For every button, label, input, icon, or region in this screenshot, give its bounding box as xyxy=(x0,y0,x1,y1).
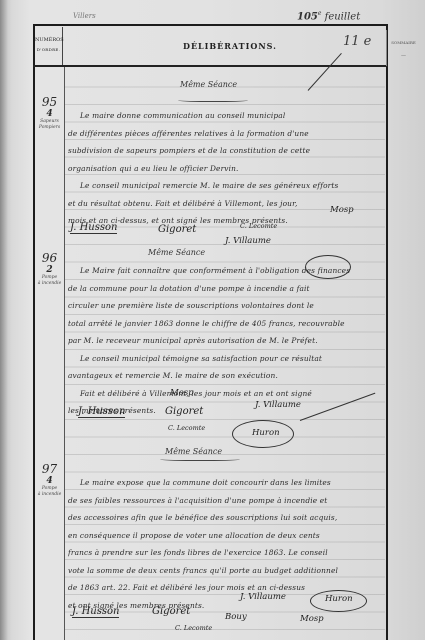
entry-line: Le conseil municipal témoigne sa satisfa… xyxy=(68,350,384,368)
entry-line: de la commune pour la dotation d'une pom… xyxy=(68,280,384,298)
entry-margin-96: 96 2 Pompe à incendie xyxy=(36,252,63,287)
page-title: DÉLIBÉRATIONS. xyxy=(183,41,277,51)
right-rule xyxy=(386,24,388,640)
entry-line: Le Maire fait connaître que conformément… xyxy=(68,262,384,280)
entry-number: 95 xyxy=(36,96,63,109)
signature: Mosp xyxy=(170,388,194,398)
session-heading: Même Séance xyxy=(180,80,237,89)
session-flourish xyxy=(178,98,248,102)
entry-line: de ses faibles ressources à l'acquisitio… xyxy=(68,492,384,510)
entry-line: subdivision de sapeurs pompiers et de la… xyxy=(68,142,384,160)
entry-sub-number: 4 xyxy=(36,109,63,119)
register-page: Villers 105e feuillet NUMÉROS D'ORDRE. D… xyxy=(0,0,425,640)
entry-margin-95: 95 4 Sapeurs Pompiers xyxy=(36,96,63,131)
binding-shadow xyxy=(0,0,8,640)
entry-line: en conséquence il propose de voter une a… xyxy=(68,527,384,545)
entry-margin-note: à incendie xyxy=(36,492,63,498)
summary-label: SOMMAIRE xyxy=(391,40,416,45)
signature: C. Lecomte xyxy=(175,624,212,632)
session-flourish xyxy=(160,457,240,461)
numbers-column-header: NUMÉROS D'ORDRE. xyxy=(35,27,63,65)
signature: Huron xyxy=(252,428,280,438)
summary-column-header: SOMMAIRE — xyxy=(386,30,420,66)
signature: Bouy xyxy=(225,612,247,622)
left-rule xyxy=(33,24,35,640)
entry-margin-97: 97 4 Pompe à incendie xyxy=(36,463,63,498)
signature: J. Husson xyxy=(78,406,125,418)
entry-line: francs à prendre sur les fonds libres de… xyxy=(68,544,384,562)
folio-suffix: e xyxy=(318,10,322,17)
signature: J. Husson xyxy=(72,606,119,618)
entry-margin-note: Pompiers xyxy=(36,125,63,131)
entry-number: 96 xyxy=(36,252,63,265)
summary-dash: — xyxy=(387,53,420,59)
entry-line: vote la somme de deux cents francs qu'il… xyxy=(68,562,384,580)
signature: J. Husson xyxy=(70,222,117,234)
session-heading: Même Séance xyxy=(165,447,222,456)
entry-line: total arrêté le janvier 1863 donne le ch… xyxy=(68,315,384,333)
entry-line: des accessoires afin que le bénéfice des… xyxy=(68,509,384,527)
entry-line: organisation qui a eu lieu le officier D… xyxy=(68,160,384,178)
signature: C. Lecomte xyxy=(168,424,205,432)
signature: Gigoret xyxy=(158,224,196,235)
numbers-label: NUMÉROS xyxy=(35,37,64,43)
handwritten-mark: 11 e xyxy=(343,34,371,49)
entry-margin-note: à incendie xyxy=(36,281,63,287)
folio-label: feuillet xyxy=(325,11,361,22)
signature: J. Villaume xyxy=(255,400,301,410)
signature: Mosp xyxy=(330,205,354,215)
signature: J. Villaume xyxy=(240,592,286,602)
signature: Gigoret xyxy=(165,406,203,417)
entry-line: de différentes pièces afférentes relativ… xyxy=(68,125,384,143)
signature: Huron xyxy=(325,594,353,604)
entry-line: circuler une première liste de souscript… xyxy=(68,297,384,315)
top-note: Villers xyxy=(73,12,96,20)
folio-value: 105 xyxy=(297,11,318,22)
entry-body-96: Le Maire fait connaître que conformément… xyxy=(68,262,384,420)
entry-line: Le maire donne communication au conseil … xyxy=(68,107,384,125)
entry-line: avantageux et remercie M. le maire de so… xyxy=(68,367,384,385)
signature: Gigoret xyxy=(152,606,190,617)
entry-number: 97 xyxy=(36,463,63,476)
session-heading: Même Séance xyxy=(148,248,205,257)
signature: C. Lecomte xyxy=(240,222,277,230)
entry-line: par M. le receveur municipal après autor… xyxy=(68,332,384,350)
folio-number: 105e feuillet xyxy=(297,10,360,22)
entry-line: Le conseil municipal remercie M. le mair… xyxy=(68,177,384,195)
signature: Mosp xyxy=(300,614,324,624)
order-label: D'ORDRE. xyxy=(37,47,60,52)
entry-sub-number: 2 xyxy=(36,265,63,275)
signature: J. Villaume xyxy=(225,236,271,246)
entry-sub-number: 4 xyxy=(36,476,63,486)
entry-line: Fait et délibéré à Villemont, les jour m… xyxy=(68,385,384,403)
entry-line: Le maire expose que la commune doit conc… xyxy=(68,474,384,492)
